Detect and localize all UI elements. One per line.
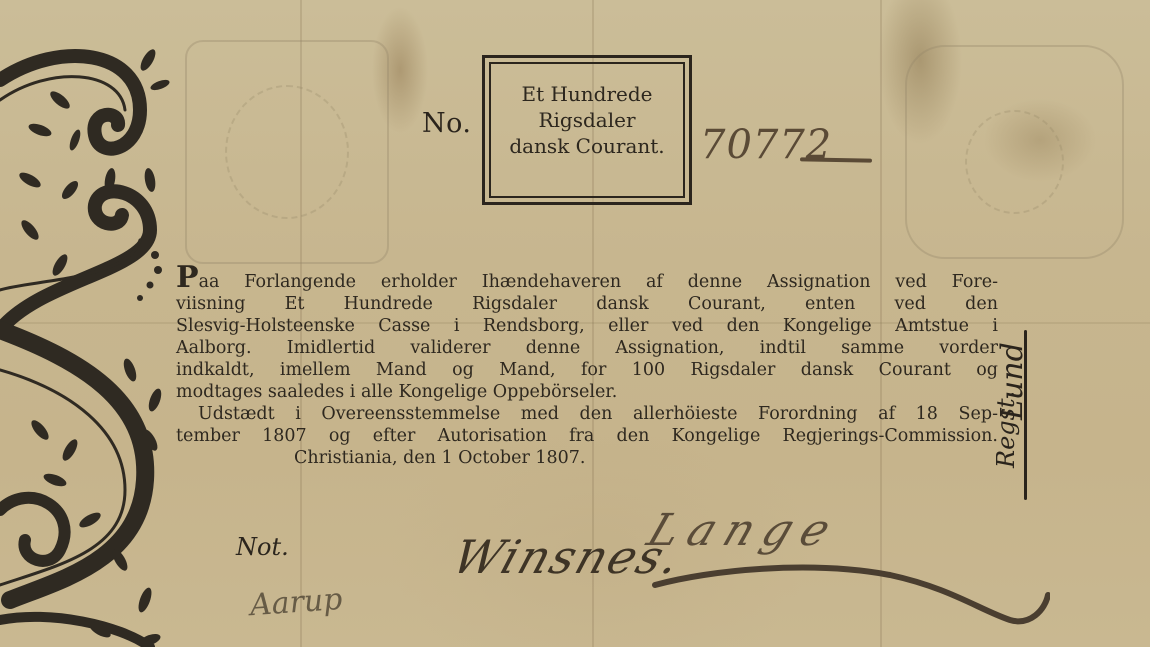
denomination-line-2: Rigsdaler bbox=[482, 107, 692, 133]
body-line: Aalborg. Imidlertid validerer denne Assi… bbox=[176, 337, 998, 359]
banknote: No. Et Hundrede Rigsdaler dansk Courant.… bbox=[0, 0, 1150, 647]
denomination-line-3: dansk Courant. bbox=[482, 133, 692, 159]
notary-label: Not. bbox=[236, 533, 289, 561]
body-line: modtages saaledes i alle Kongelige Oppeb… bbox=[176, 381, 998, 403]
body-line: Paa Forlangende erholder Ihændehaveren a… bbox=[176, 268, 998, 293]
number-label: No. bbox=[422, 108, 472, 139]
body-line: viisning Et Hundrede Rigsdaler dansk Cou… bbox=[176, 293, 998, 315]
registrar-stroke bbox=[1024, 330, 1027, 500]
watermark-medallion-left bbox=[225, 85, 349, 219]
drop-cap: P bbox=[176, 260, 199, 295]
issue-line: Udstædt i Overeensstemmelse med den alle… bbox=[176, 403, 998, 425]
scroll-ornament-icon bbox=[0, 40, 170, 647]
note-body: Paa Forlangende erholder Ihændehaveren a… bbox=[176, 268, 998, 469]
issue-line: tember 1807 og efter Autorisation fra de… bbox=[176, 425, 998, 447]
denomination-text: Et Hundrede Rigsdaler dansk Courant. bbox=[482, 81, 692, 159]
denomination-cartouche: Et Hundrede Rigsdaler dansk Courant. bbox=[482, 55, 692, 205]
coat-of-arms-watermark bbox=[965, 110, 1064, 214]
denomination-line-1: Et Hundrede bbox=[482, 81, 692, 107]
body-line: indkaldt, imellem Mand og Mand, for 100 … bbox=[176, 359, 998, 381]
place-date: Christiania, den 1 October 1807. bbox=[176, 447, 998, 469]
body-line: Slesvig-Holsteenske Casse i Rendsborg, e… bbox=[176, 315, 998, 337]
signature-flourish bbox=[650, 540, 1050, 630]
notary-signature: Aarup bbox=[249, 582, 344, 623]
